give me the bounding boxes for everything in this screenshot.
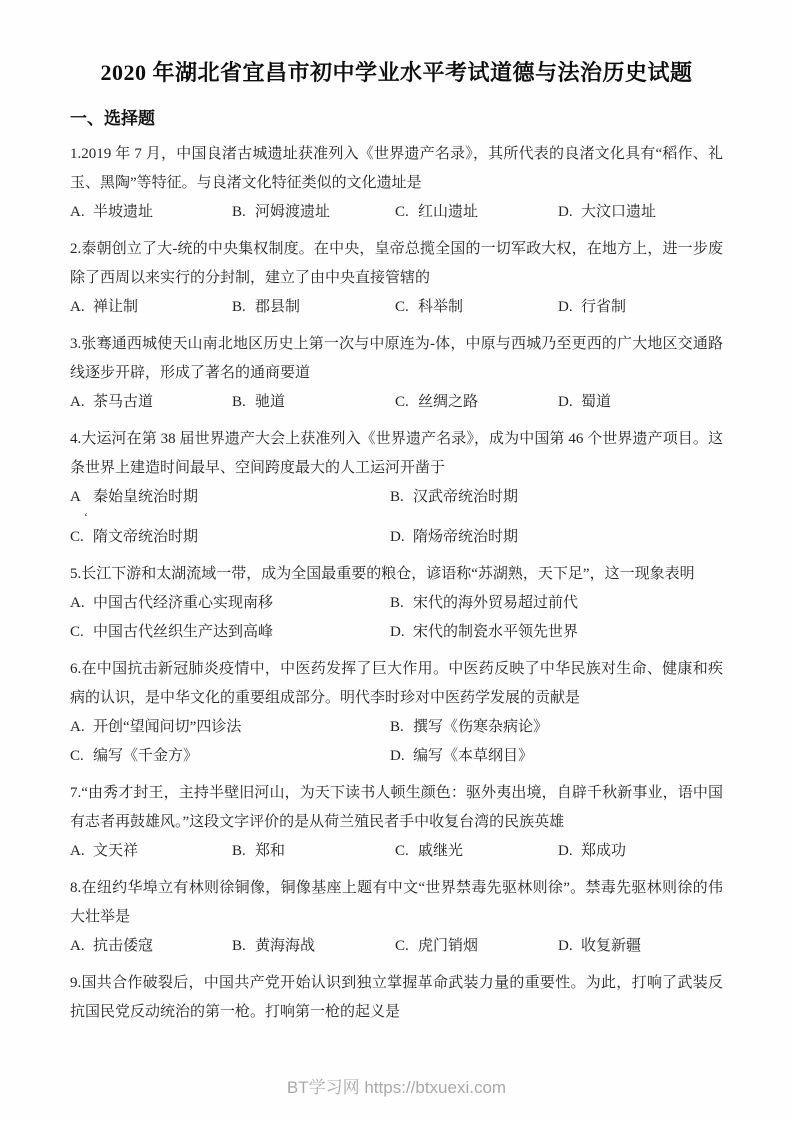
option-label: A. xyxy=(70,932,93,961)
option-text: 编写《千金方》 xyxy=(93,748,198,764)
option-text: 收复新疆 xyxy=(581,938,641,954)
question-4-option-b: B.汉武帝统治时期 xyxy=(390,483,723,512)
question-1-option-b: B.河姆渡遗址 xyxy=(232,198,395,227)
question-3-option-d: D.蜀道 xyxy=(558,388,723,417)
option-text: 黄海海战 xyxy=(255,938,315,954)
option-text: 文天祥 xyxy=(93,843,138,859)
watermark-footer: BT学习网 https://btxuexi.com xyxy=(0,1073,793,1098)
option-label: B. xyxy=(390,713,413,742)
option-label: A. xyxy=(70,837,93,866)
option-label: A. xyxy=(70,198,93,227)
option-text: 郑和 xyxy=(255,843,285,859)
option-label: B. xyxy=(390,483,413,512)
watermark-text: BT学习网 https://btxuexi.com xyxy=(287,1078,506,1097)
option-label: B. xyxy=(232,388,255,417)
question-7-options: A.文天祥 B.郑和 C.戚继光 D.郑成功 xyxy=(70,837,723,866)
question-7-option-a: A.文天祥 xyxy=(70,837,232,866)
option-label: C. xyxy=(70,618,93,647)
question-2-text: 2.泰朝创立了大-统的中央集权制度。在中央，皇帝总揽全国的一切军政大权，在地方上… xyxy=(70,235,723,293)
page-title: 2020 年湖北省宜昌市初中学业水平考试道德与法治历史试题 xyxy=(70,56,723,90)
option-text: 禅让制 xyxy=(93,299,138,315)
option-text: 大汶口遗址 xyxy=(581,204,656,220)
option-label: C. xyxy=(395,198,418,227)
question-4: 4.大运河在第 38 届世界遗产大会上获准列入《世界遗产名录》，成为中国第 46… xyxy=(70,425,723,552)
option-label: A. xyxy=(70,388,93,417)
question-9: 9.国共合作破裂后，中国共产党开始认识到独立掌握革命武装力量的重要性。为此，打响… xyxy=(70,969,723,1027)
question-7-option-b: B.郑和 xyxy=(232,837,395,866)
option-text: 开创“望闻问切”四诊法 xyxy=(93,719,241,735)
question-6: 6.在中国抗击新冠肺炎疫情中，中医药发挥了巨大作用。中医药反映了中华民族对生命、… xyxy=(70,655,723,771)
question-6-option-a: A.开创“望闻问切”四诊法 xyxy=(70,713,390,742)
stray-tick-mark: ‘ xyxy=(70,512,723,523)
option-label: C. xyxy=(395,388,418,417)
option-label: D. xyxy=(558,198,581,227)
question-5-option-d: D.宋代的制瓷水平领先世界 xyxy=(390,618,723,647)
question-3: 3.张骞通西城使天山南北地区历史上第一次与中原连为-体，中原与西城乃至更西的广大… xyxy=(70,330,723,417)
question-7-option-d: D.郑成功 xyxy=(558,837,723,866)
option-text: 河姆渡遗址 xyxy=(255,204,330,220)
question-2-option-d: D.行省制 xyxy=(558,293,723,322)
question-2-option-a: A.禅让制 xyxy=(70,293,232,322)
question-2-option-c: C.科举制 xyxy=(395,293,558,322)
question-7-text: 7.“由秀才封王，主持半壁旧河山，为天下读书人顿生颜色：驱外夷出境，自辟千秋新事… xyxy=(70,779,723,837)
question-1: 1.2019 年 7 月，中国良渚古城遗址获准列入《世界遗产名录》，其所代表的良… xyxy=(70,140,723,227)
question-3-options: A.茶马古道 B.驰道 C.丝绸之路 D.蜀道 xyxy=(70,388,723,417)
question-4-options-row-2: C.隋文帝统治时期 D.隋炀帝统治时期 xyxy=(70,523,723,552)
question-6-options: A.开创“望闻问切”四诊法 B.撰写《伤寒杂病论》 C.编写《千金方》 D.编写… xyxy=(70,713,723,771)
question-4-option-c: C.隋文帝统治时期 xyxy=(70,523,390,552)
option-label: B. xyxy=(390,589,413,618)
option-label: D. xyxy=(390,523,413,552)
question-5-options: A.中国古代经济重心实现南移 B.宋代的海外贸易超过前代 C.中国古代丝织生产达… xyxy=(70,589,723,647)
option-text: 驰道 xyxy=(255,394,285,410)
option-label: B. xyxy=(232,932,255,961)
question-1-text: 1.2019 年 7 月，中国良渚古城遗址获准列入《世界遗产名录》，其所代表的良… xyxy=(70,140,723,198)
option-text: 行省制 xyxy=(581,299,626,315)
option-label: A. xyxy=(70,713,93,742)
question-8-option-a: A.抗击倭寇 xyxy=(70,932,232,961)
option-label: D. xyxy=(390,618,413,647)
question-5-option-c: C.中国古代丝织生产达到高峰 xyxy=(70,618,390,647)
option-text: 隋炀帝统治时期 xyxy=(413,529,518,545)
option-label: D. xyxy=(558,293,581,322)
question-2-option-b: B.郡县制 xyxy=(232,293,395,322)
option-text: 宋代的海外贸易超过前代 xyxy=(413,595,578,611)
question-7: 7.“由秀才封王，主持半壁旧河山，为天下读书人顿生颜色：驱外夷出境，自辟千秋新事… xyxy=(70,779,723,866)
question-8-option-d: D.收复新疆 xyxy=(558,932,723,961)
question-6-option-c: C.编写《千金方》 xyxy=(70,742,390,771)
question-2: 2.泰朝创立了大-统的中央集权制度。在中央，皇帝总揽全国的一切军政大权，在地方上… xyxy=(70,235,723,322)
option-text: 编写《本草纲目》 xyxy=(413,748,533,764)
section-heading-multiple-choice: 一、选择题 xyxy=(70,106,723,132)
option-text: 郡县制 xyxy=(255,299,300,315)
option-text: 虎门销烟 xyxy=(418,938,478,954)
option-text: 抗击倭寇 xyxy=(93,938,153,954)
option-text: 半坡遗址 xyxy=(93,204,153,220)
option-label: B. xyxy=(232,837,255,866)
question-3-option-b: B.驰道 xyxy=(232,388,395,417)
option-label: D. xyxy=(390,742,413,771)
question-4-option-d: D.隋炀帝统治时期 xyxy=(390,523,723,552)
option-label: C. xyxy=(395,837,418,866)
option-label: A. xyxy=(70,589,93,618)
question-9-text: 9.国共合作破裂后，中国共产党开始认识到独立掌握革命武装力量的重要性。为此，打响… xyxy=(70,969,723,1027)
option-text: 中国古代丝织生产达到高峰 xyxy=(93,624,273,640)
option-label: B. xyxy=(232,198,255,227)
question-4-options-row-1: A秦始皇统治时期 B.汉武帝统治时期 xyxy=(70,483,723,512)
question-8-option-c: C.虎门销烟 xyxy=(395,932,558,961)
option-text: 隋文帝统治时期 xyxy=(93,529,198,545)
question-5-text: 5.长江下游和太湖流域一带，成为全国最重要的粮仓，谚语称“苏湖熟，天下足”，这一… xyxy=(70,560,723,589)
question-1-options: A.半坡遗址 B.河姆渡遗址 C.红山遗址 D.大汶口遗址 xyxy=(70,198,723,227)
exam-document-page: 2020 年湖北省宜昌市初中学业水平考试道德与法治历史试题 一、选择题 1.20… xyxy=(0,0,793,1122)
question-6-option-b: B.撰写《伤寒杂病论》 xyxy=(390,713,723,742)
question-8-option-b: B.黄海海战 xyxy=(232,932,395,961)
option-label: A xyxy=(70,483,93,512)
option-text: 郑成功 xyxy=(581,843,626,859)
option-text: 中国古代经济重心实现南移 xyxy=(93,595,273,611)
option-text: 戚继光 xyxy=(418,843,463,859)
option-text: 蜀道 xyxy=(581,394,611,410)
option-text: 科举制 xyxy=(418,299,463,315)
question-2-options: A.禅让制 B.郡县制 C.科举制 D.行省制 xyxy=(70,293,723,322)
question-8-text: 8.在纽约华埠立有林则徐铜像，铜像基座上题有中文“世界禁毒先驱林则徐”。禁毒先驱… xyxy=(70,874,723,932)
question-1-option-c: C.红山遗址 xyxy=(395,198,558,227)
question-5: 5.长江下游和太湖流域一带，成为全国最重要的粮仓，谚语称“苏湖熟，天下足”，这一… xyxy=(70,560,723,647)
question-5-option-b: B.宋代的海外贸易超过前代 xyxy=(390,589,723,618)
option-text: 丝绸之路 xyxy=(418,394,478,410)
option-text: 茶马古道 xyxy=(93,394,153,410)
option-text: 秦始皇统治时期 xyxy=(93,489,198,505)
option-text: 红山遗址 xyxy=(418,204,478,220)
question-6-text: 6.在中国抗击新冠肺炎疫情中，中医药发挥了巨大作用。中医药反映了中华民族对生命、… xyxy=(70,655,723,713)
option-label: C. xyxy=(395,293,418,322)
option-text: 汉武帝统治时期 xyxy=(413,489,518,505)
question-3-option-c: C.丝绸之路 xyxy=(395,388,558,417)
option-text: 撰写《伤寒杂病论》 xyxy=(413,719,548,735)
question-4-option-a: A秦始皇统治时期 xyxy=(70,483,390,512)
question-1-option-d: D.大汶口遗址 xyxy=(558,198,723,227)
option-label: D. xyxy=(558,837,581,866)
question-5-option-a: A.中国古代经济重心实现南移 xyxy=(70,589,390,618)
question-6-option-d: D.编写《本草纲目》 xyxy=(390,742,723,771)
option-label: C. xyxy=(70,523,93,552)
option-label: C. xyxy=(70,742,93,771)
option-label: D. xyxy=(558,388,581,417)
question-8-options: A.抗击倭寇 B.黄海海战 C.虎门销烟 D.收复新疆 xyxy=(70,932,723,961)
option-label: C. xyxy=(395,932,418,961)
question-1-option-a: A.半坡遗址 xyxy=(70,198,232,227)
option-label: A. xyxy=(70,293,93,322)
question-4-text: 4.大运河在第 38 届世界遗产大会上获准列入《世界遗产名录》，成为中国第 46… xyxy=(70,425,723,483)
question-7-option-c: C.戚继光 xyxy=(395,837,558,866)
option-label: D. xyxy=(558,932,581,961)
question-3-option-a: A.茶马古道 xyxy=(70,388,232,417)
question-3-text: 3.张骞通西城使天山南北地区历史上第一次与中原连为-体，中原与西城乃至更西的广大… xyxy=(70,330,723,388)
option-text: 宋代的制瓷水平领先世界 xyxy=(413,624,578,640)
question-8: 8.在纽约华埠立有林则徐铜像，铜像基座上题有中文“世界禁毒先驱林则徐”。禁毒先驱… xyxy=(70,874,723,961)
option-label: B. xyxy=(232,293,255,322)
